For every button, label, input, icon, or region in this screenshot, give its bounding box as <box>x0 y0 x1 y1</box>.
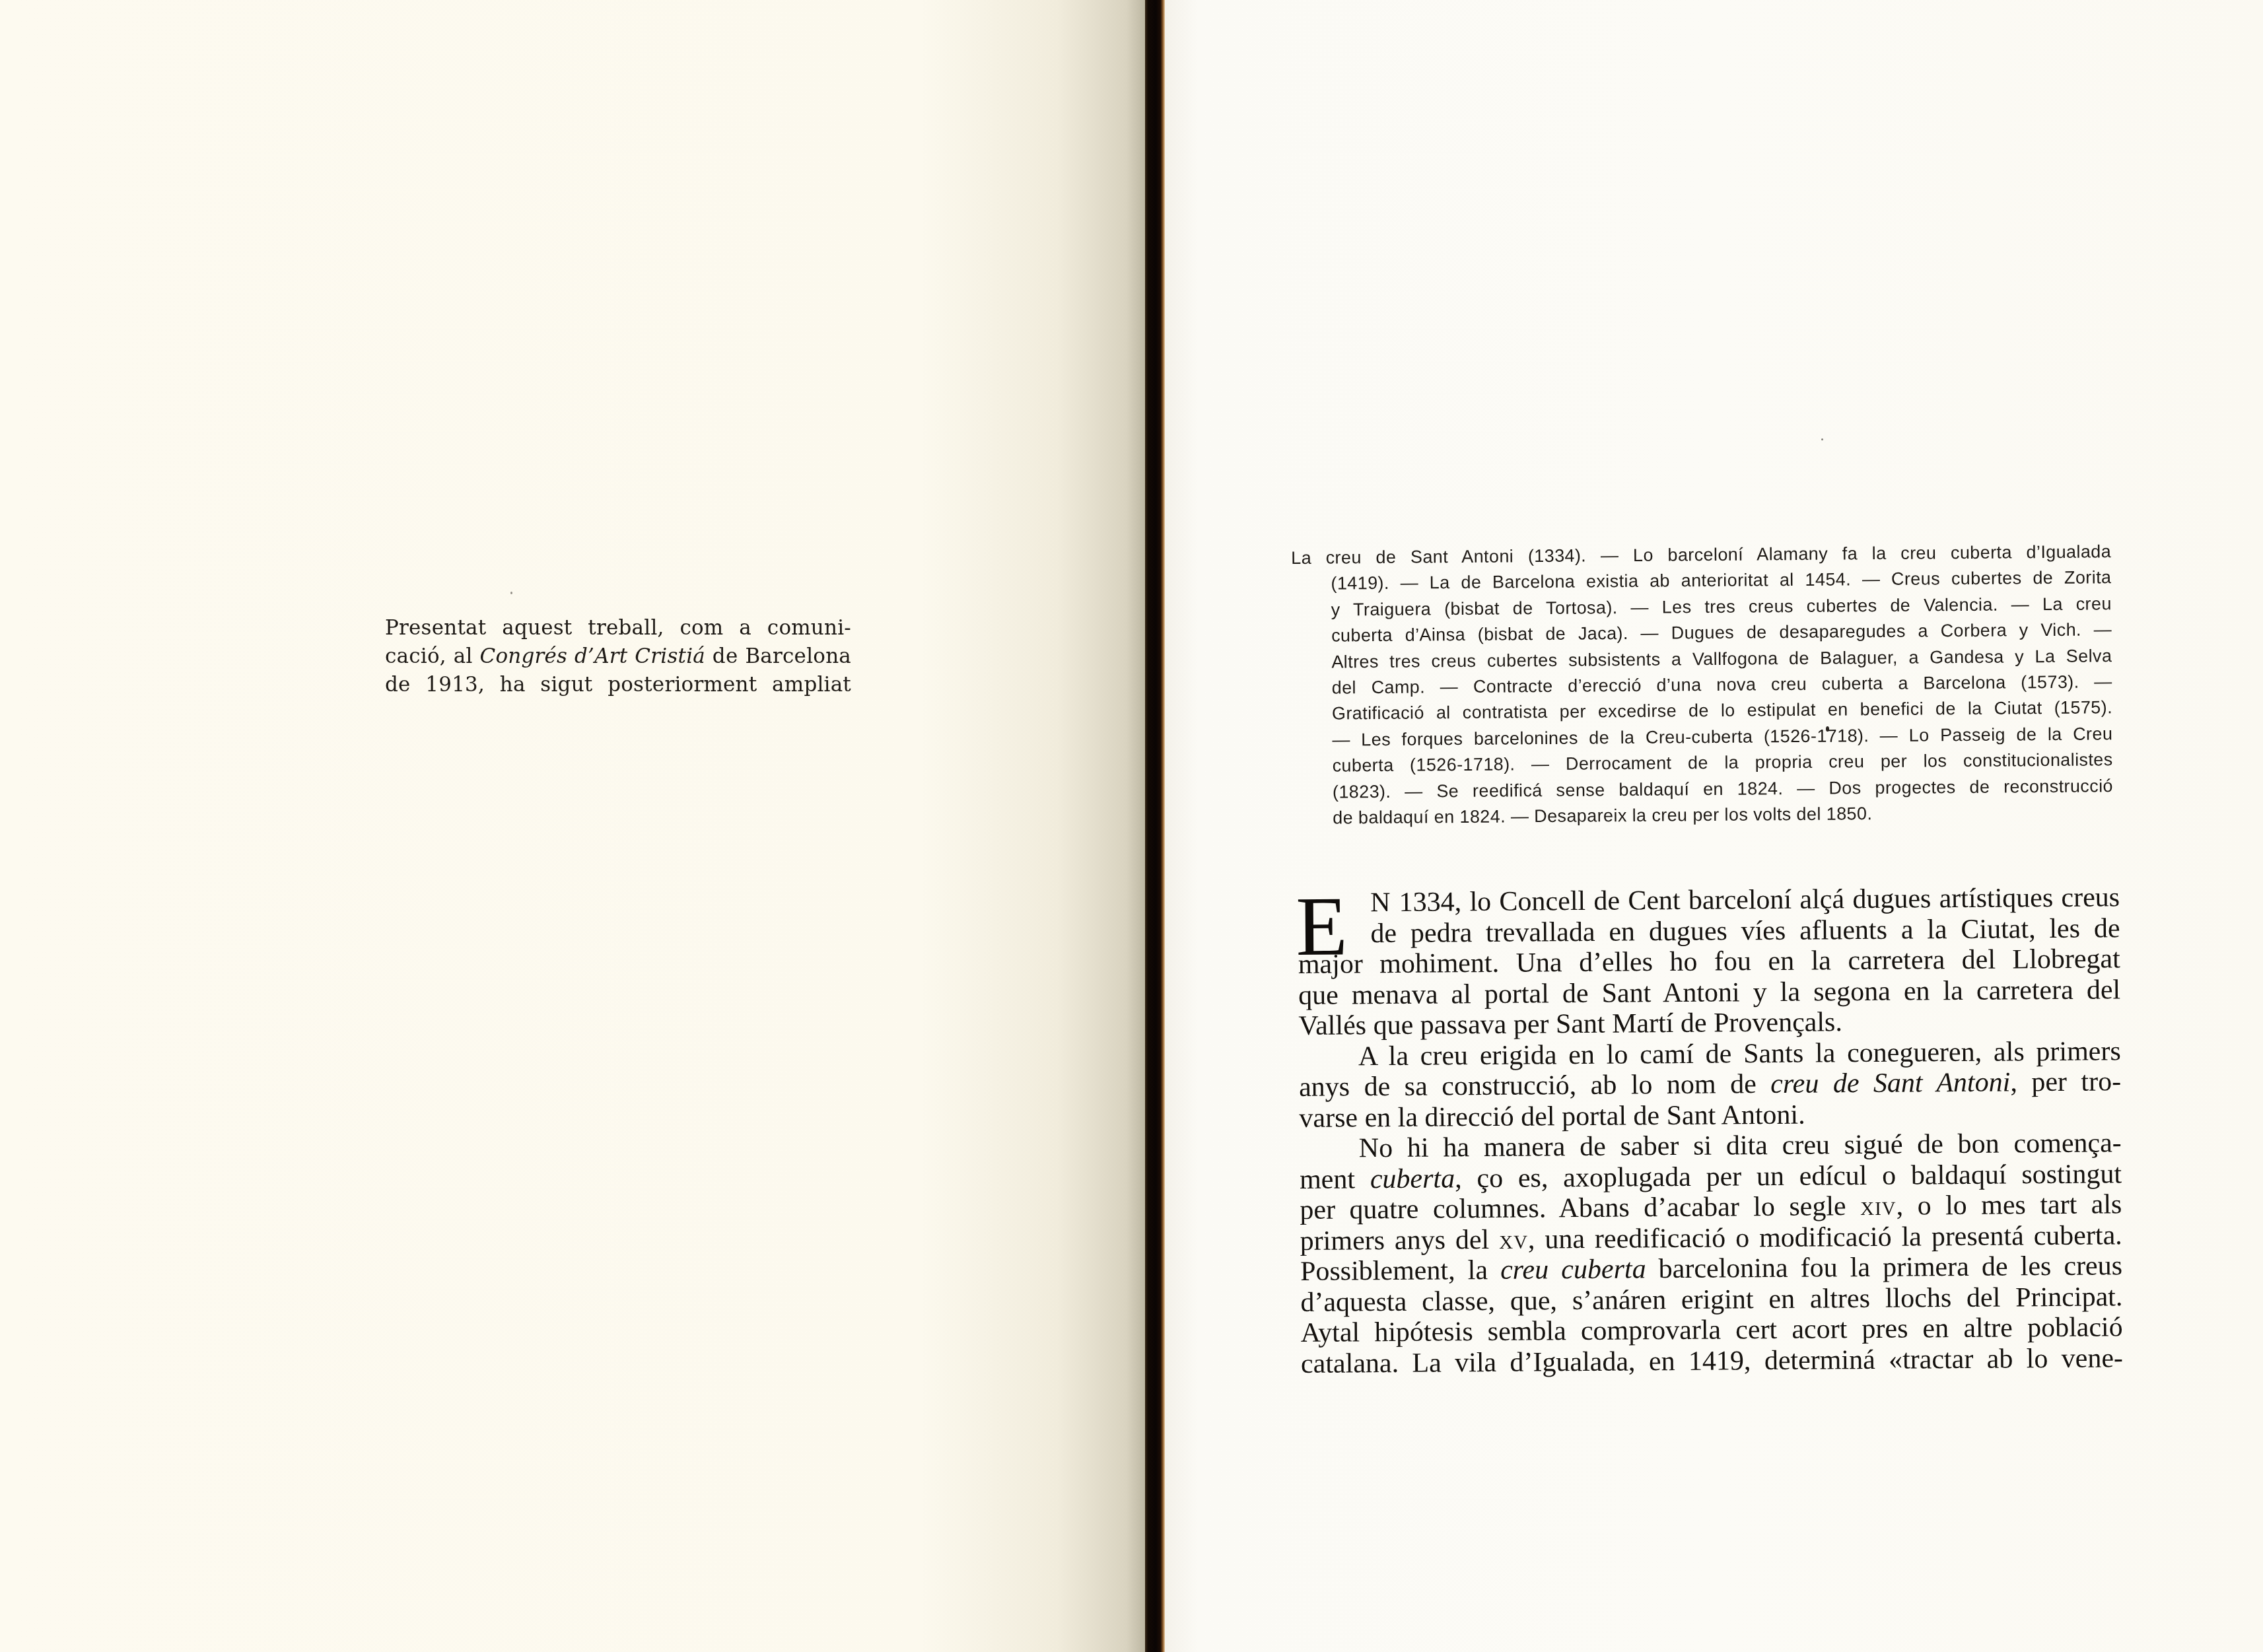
body-line: N 1334, lo Concell de Cent barceloní alç… <box>1298 882 2120 918</box>
dedication-line-2: cació, al Congrés d’Art Cristiá de Barce… <box>385 642 851 671</box>
body-line: major mohiment. Una d’elles ho fou en la… <box>1298 944 2120 980</box>
left-page: Presentat aquest treball, com a comuni- … <box>0 0 1149 1652</box>
drop-cap: E <box>1296 893 1348 959</box>
congress-title: Congrés d’Art Cristiá <box>479 644 705 668</box>
book-spread: Presentat aquest treball, com a comuni- … <box>0 0 2263 1652</box>
paper-speck <box>510 592 512 594</box>
book-spine-gutter <box>1145 0 1165 1652</box>
body-line: que menava al portal de Sant Antoni y la… <box>1298 975 2120 1011</box>
body-line: Aytal hipótesis sembla comprovarla cert … <box>1301 1312 2123 1348</box>
dedication-line-1: Presentat aquest treball, com a comuni- <box>385 614 851 642</box>
paper-speck <box>1821 438 1823 440</box>
chapter-summary: La creu de Sant Antoni (1334). — Lo barc… <box>1291 539 2113 831</box>
dedication-line-3: de 1913, ha sigut posteriorment ampliat <box>385 671 851 699</box>
body-line: anys de sa construcció, ab lo nom de cre… <box>1299 1066 2121 1103</box>
body-line: catalana. La vila d’Igualada, en 1419, d… <box>1301 1343 2123 1379</box>
chapter-body-text: E N 1334, lo Concell de Cent barceloní a… <box>1298 882 2123 1379</box>
body-line: Possiblement, la creu cuberta barcelonin… <box>1300 1251 2122 1287</box>
dedication-note: Presentat aquest treball, com a comuni- … <box>385 614 851 699</box>
